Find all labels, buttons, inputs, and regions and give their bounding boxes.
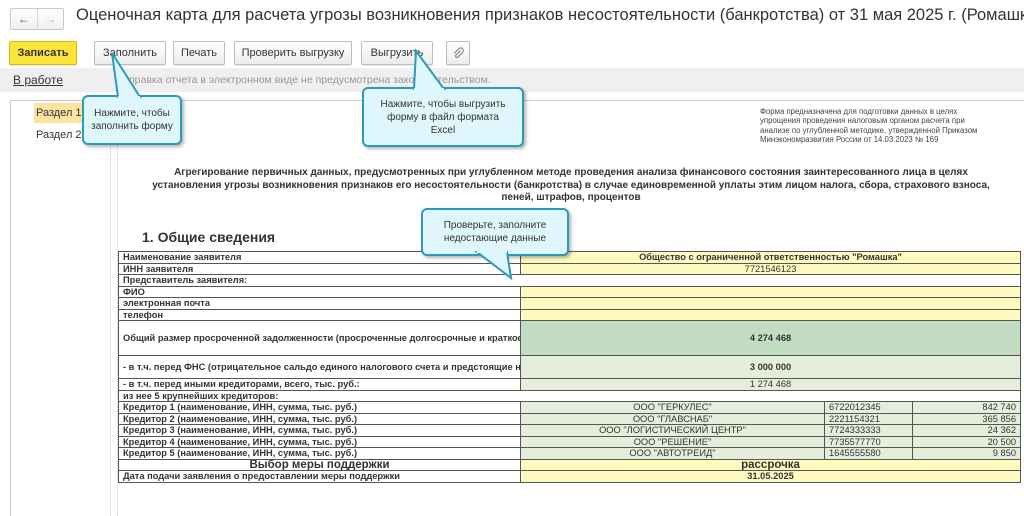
fns-debt-label: - в т.ч. перед ФНС (отрицательное сальдо… (119, 356, 521, 379)
save-button[interactable]: Записать (9, 41, 77, 65)
phone-label: телефон (119, 309, 521, 321)
total-debt-value: 4 274 468 (521, 321, 1021, 356)
sections-panel (10, 100, 111, 516)
window-title: Оценочная карта для расчета угрозы возни… (76, 6, 1024, 25)
creditor-row: Кредитор 2 (наименование, ИНН, сумма, ты… (119, 413, 1021, 425)
email-field[interactable] (521, 298, 1021, 310)
creditor-row: Кредитор 5 (наименование, ИНН, сумма, ты… (119, 448, 1021, 460)
table-row: электронная почта (119, 298, 1021, 310)
table-row: Дата подачи заявления о предоставлении м… (119, 471, 1021, 483)
arrow-right-icon: → (44, 12, 56, 26)
creditor-inn[interactable]: 1645555580 (825, 448, 913, 460)
creditor-row: Кредитор 4 (наименование, ИНН, сумма, ты… (119, 436, 1021, 448)
table-row: Представитель заявителя: (119, 275, 1021, 287)
creditor-name[interactable]: ООО "АВТОТРЕИД" (521, 448, 825, 460)
creditor-amount[interactable]: 842 740 (913, 402, 1021, 414)
creditor-name[interactable]: ООО "ГЛАВСНАБ" (521, 413, 825, 425)
table-row: - в т.ч. перед ФНС (отрицательное сальдо… (119, 356, 1021, 379)
table-row: телефон (119, 309, 1021, 321)
tooltip-pointer (414, 51, 464, 91)
tooltip-fill: Нажмите, чтобы заполнить форму (82, 95, 182, 145)
print-button[interactable]: Печать (173, 41, 225, 65)
table-row: Выбор меры поддержки рассрочка (119, 459, 1021, 471)
other-debt-value: 1 274 468 (521, 379, 1021, 391)
phone-field[interactable] (521, 309, 1021, 321)
table-row: - в т.ч. перед иными кредиторами, всего,… (119, 379, 1021, 391)
date-field[interactable]: 31.05.2025 (521, 471, 1021, 483)
tooltip-pointer (112, 51, 152, 99)
table-row: ФИО (119, 286, 1021, 298)
table-row: Наименование заявителя Общество с ограни… (119, 252, 1021, 264)
total-debt-label: Общий размер просроченной задолженности … (119, 321, 521, 356)
table-row: ИНН заявителя 7721546123 (119, 263, 1021, 275)
inn-label: ИНН заявителя (119, 263, 521, 275)
creditor-row: Кредитор 1 (наименование, ИНН, сумма, ты… (119, 402, 1021, 414)
other-debt-label: - в т.ч. перед иными кредиторами, всего,… (119, 379, 521, 391)
section-title: 1. Общие сведения (142, 229, 275, 245)
date-label: Дата подачи заявления о предоставлении м… (119, 471, 521, 483)
general-info-table: Наименование заявителя Общество с ограни… (118, 251, 1021, 483)
creditor-amount[interactable]: 365 856 (913, 413, 1021, 425)
document-heading: Агрегирование первичных данных, предусмо… (118, 167, 1024, 205)
creditor-inn[interactable]: 2221154321 (825, 413, 913, 425)
fio-label: ФИО (119, 286, 521, 298)
fio-field[interactable] (521, 286, 1021, 298)
creditor-amount[interactable]: 24 362 (913, 425, 1021, 437)
table-row: Общий размер просроченной задолженности … (119, 321, 1021, 356)
tooltip-check: Проверьте, заполните недостающие данные (421, 208, 569, 256)
inn-field[interactable]: 7721546123 (521, 263, 1021, 275)
forward-button[interactable]: → (37, 9, 64, 29)
creditor-amount[interactable]: 9 850 (913, 448, 1021, 460)
creditor-inn[interactable]: 7735577770 (825, 436, 913, 448)
nav-buttons: ← → (10, 8, 64, 30)
support-label: Выбор меры поддержки (119, 459, 521, 471)
creditor-inn[interactable]: 6722012345 (825, 402, 913, 414)
back-button[interactable]: ← (11, 9, 37, 29)
panel-splitter[interactable] (110, 100, 118, 516)
fns-debt-value[interactable]: 3 000 000 (521, 356, 1021, 379)
creditor-row: Кредитор 3 (наименование, ИНН, сумма, ты… (119, 425, 1021, 437)
tooltip-export: Нажмите, чтобы выгрузить форму в файл фо… (362, 87, 524, 147)
check-export-button[interactable]: Проверить выгрузку (234, 41, 352, 65)
creditor-inn[interactable]: 7724333333 (825, 425, 913, 437)
top5-label: из нее 5 крупнейших кредиторов: (119, 390, 521, 402)
email-label: электронная почта (119, 298, 521, 310)
support-field[interactable]: рассрочка (521, 459, 1021, 471)
creditor-amount[interactable]: 20 500 (913, 436, 1021, 448)
creditor-name[interactable]: ООО "ГЕРКУЛЕС" (521, 402, 825, 414)
document-area: Форма предназначена для подготовки данны… (118, 100, 1024, 516)
table-row: из нее 5 крупнейших кредиторов: (119, 390, 1021, 402)
representative-label: Представитель заявителя: (119, 275, 521, 287)
status-link[interactable]: В работе (13, 73, 63, 87)
creditor-name[interactable]: ООО "РЕШЕНИЕ" (521, 436, 825, 448)
arrow-left-icon: ← (18, 12, 30, 26)
applicant-name-field[interactable]: Общество с ограниченной ответственностью… (521, 252, 1021, 264)
creditor-name[interactable]: ООО "ЛОГИСТИЧЕСКИЙ ЦЕНТР" (521, 425, 825, 437)
form-note: Форма предназначена для подготовки данны… (760, 107, 1020, 144)
tooltip-pointer (477, 252, 527, 282)
